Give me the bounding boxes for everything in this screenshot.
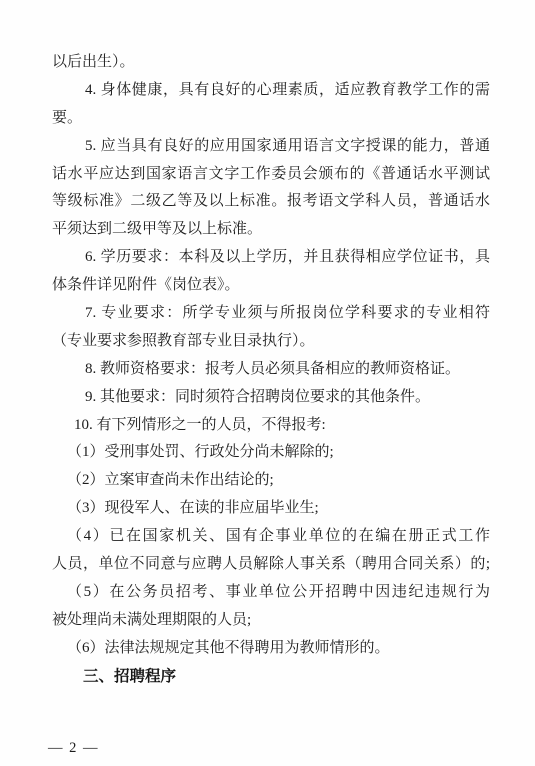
text-line: 平须达到二级甲等及以上标准。 bbox=[52, 216, 490, 244]
text-line: 9. 其他要求：同时须符合招聘岗位要求的其他条件。 bbox=[52, 384, 490, 412]
text-line: （4）已在国家机关、国有企事业单位的在编在册正式工作 bbox=[52, 523, 490, 551]
text-line: 被处理尚未满处理期限的人员; bbox=[52, 607, 490, 635]
text-line: （3）现役军人、在读的非应届毕业生; bbox=[52, 495, 490, 523]
text-line: 等级标准》二级乙等及以上标准。报考语文学科人员，普通话水 bbox=[52, 188, 490, 216]
text-line: 8. 教师资格要求：报考人员必须具备相应的教师资格证。 bbox=[52, 356, 490, 384]
text-line: 体条件详见附件《岗位表》。 bbox=[52, 272, 490, 300]
text-line: 5. 应当具有良好的应用国家通用语言文字授课的能力，普通 bbox=[52, 133, 490, 161]
text-line: 人员，单位不同意与应聘人员解除人事关系（聘用合同关系）的; bbox=[52, 551, 490, 579]
document-page: 以后出生）。 4. 身体健康，具有良好的心理素质，适应教育教学工作的需 要。 5… bbox=[0, 0, 535, 766]
text-line: （专业要求参照教育部专业目录执行）。 bbox=[52, 328, 490, 356]
text-line: 10. 有下列情形之一的人员，不得报考: bbox=[52, 412, 490, 440]
text-line: （2）立案审查尚未作出结论的; bbox=[52, 467, 490, 495]
page-number: — 2 — bbox=[48, 740, 99, 757]
text-line: 6. 学历要求：本科及以上学历，并且获得相应学位证书，具 bbox=[52, 244, 490, 272]
section-heading: 三、招聘程序 bbox=[52, 663, 490, 691]
text-line: 4. 身体健康，具有良好的心理素质，适应教育教学工作的需 bbox=[52, 77, 490, 105]
text-line: 话水平应达到国家语言文字工作委员会颁布的《普通话水平测试 bbox=[52, 161, 490, 189]
text-line: （1）受刑事处罚、行政处分尚未解除的; bbox=[52, 439, 490, 467]
text-line: （5）在公务员招考、事业单位公开招聘中因违纪违规行为 bbox=[52, 579, 490, 607]
text-line: 7. 专业要求：所学专业须与所报岗位学科要求的专业相符 bbox=[52, 300, 490, 328]
document-text-block: 以后出生）。 4. 身体健康，具有良好的心理素质，适应教育教学工作的需 要。 5… bbox=[52, 49, 490, 690]
text-line: 以后出生）。 bbox=[52, 49, 490, 77]
text-line: （6）法律法规规定其他不得聘用为教师情形的。 bbox=[52, 635, 490, 663]
text-line: 要。 bbox=[52, 105, 490, 133]
